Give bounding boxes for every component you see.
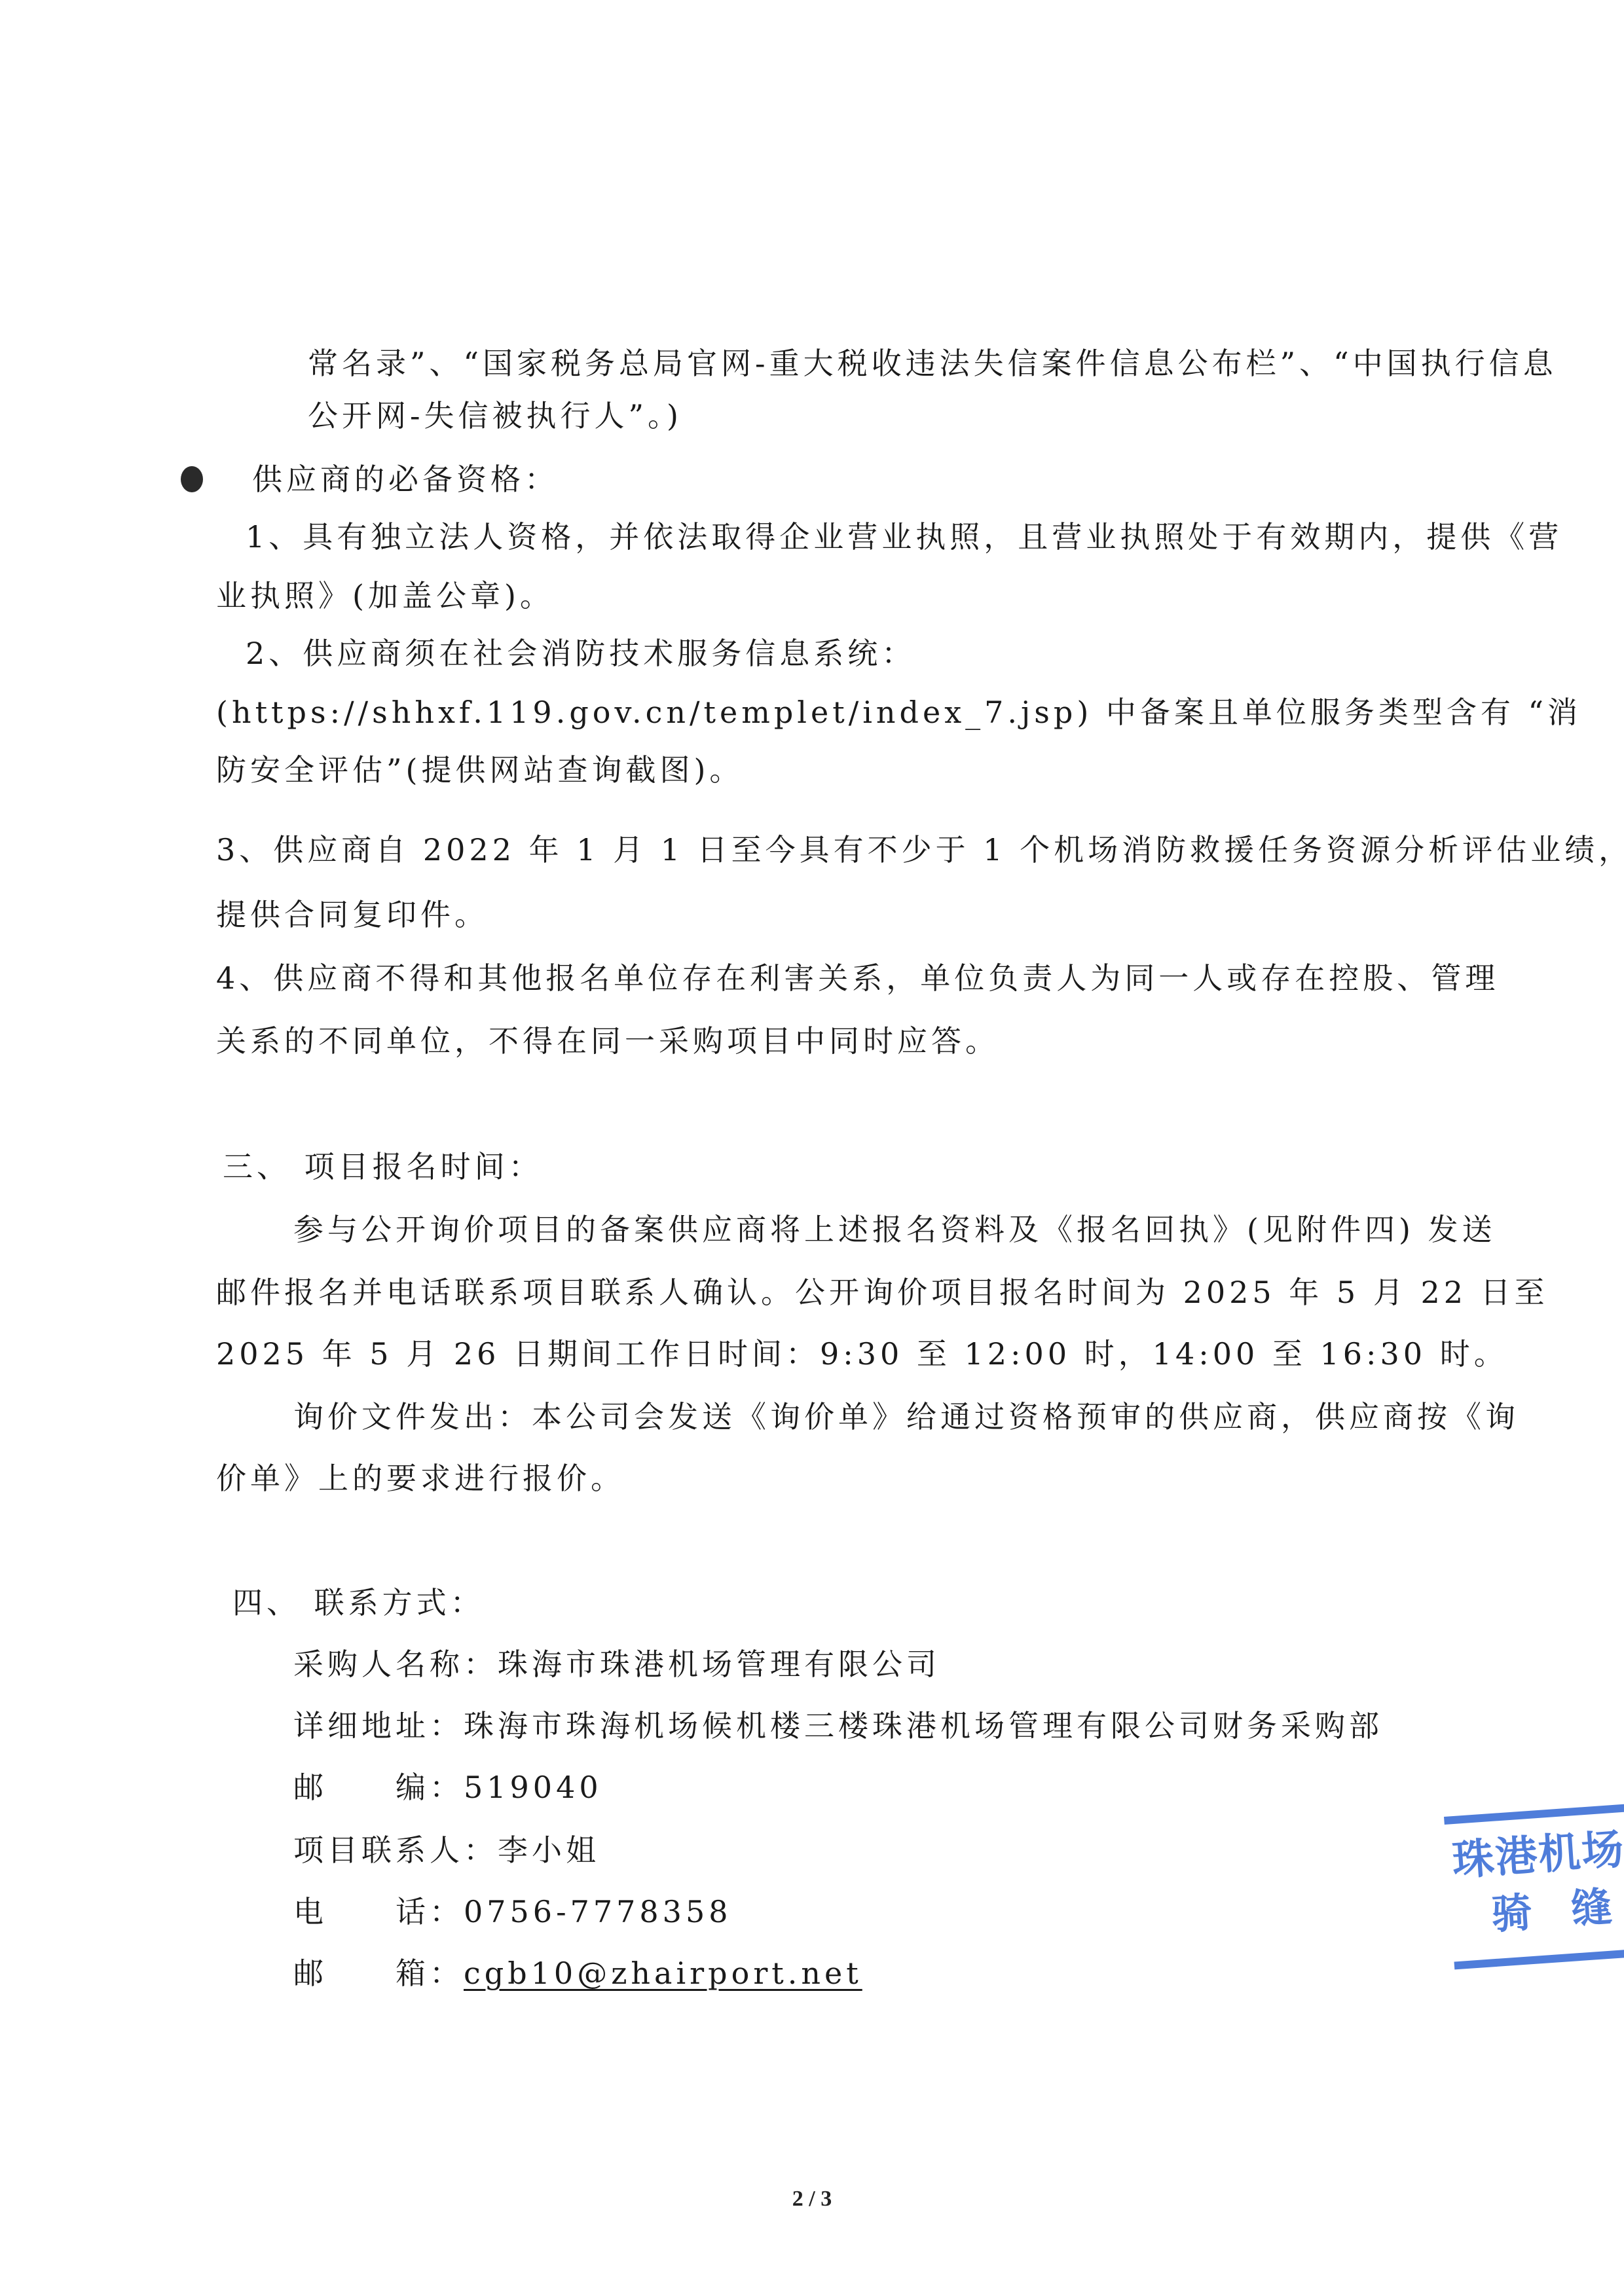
phone-row: 电 话：0756-7778358 xyxy=(293,1892,731,1931)
purchaser-label: 采购人名称： xyxy=(293,1647,498,1682)
section3-heading: 三、 项目报名时间： xyxy=(223,1147,543,1186)
qualifications-heading: 供应商的必备资格： xyxy=(252,460,559,499)
qualification-item-1-line1: 1、具有独立法人资格，并依法取得企业营业执照，且营业执照处于有效期内，提供《营 xyxy=(246,517,1562,556)
seam-stamp: 珠港机场管 骑缝 xyxy=(1444,1802,1624,1969)
section4-heading: 四、 联系方式： xyxy=(232,1583,485,1622)
postcode-row: 邮 编：519040 xyxy=(293,1768,602,1807)
section3-para1-line2: 邮件报名并电话联系项目联系人确认。公开询价项目报名时间为 2025 年 5 月 … xyxy=(216,1273,1549,1312)
stamp-top-text: 珠港机场管 xyxy=(1450,1823,1624,1884)
phone-label: 电 话： xyxy=(293,1894,464,1929)
section3-para1-line3: 2025 年 5 月 26 日期间工作日时间：9:30 至 12:00 时，14… xyxy=(216,1334,1508,1374)
email-link[interactable]: cgb10@zhairport.net xyxy=(464,1956,862,1991)
bullet-icon xyxy=(181,466,203,492)
purchaser-value: 珠海市珠港机场管理有限公司 xyxy=(498,1647,940,1682)
address-row: 详细地址：珠海市珠海机场候机楼三楼珠港机场管理有限公司财务采购部 xyxy=(293,1706,1383,1745)
blacklist-continuation-line2: 公开网-失信被执行人”。) xyxy=(308,396,682,435)
qualification-item-3-line2: 提供合同复印件。 xyxy=(216,895,489,934)
address-label: 详细地址： xyxy=(293,1708,464,1743)
qualification-item-2-line2: (https://shhxf.119.gov.cn/templet/index_… xyxy=(216,693,1581,732)
section3-para1-line1: 参与公开询价项目的备案供应商将上述报名资料及《报名回执》(见附件四) 发送 xyxy=(293,1210,1496,1249)
section3-para2-line2: 价单》上的要求进行报价。 xyxy=(216,1459,625,1498)
phone-value: 0756-7778358 xyxy=(464,1894,731,1929)
qualification-item-2-line1: 2、供应商须在社会消防技术服务信息系统： xyxy=(246,634,915,673)
email-row: 邮 箱：cgb10@zhairport.net xyxy=(293,1954,862,1993)
contact-value: 李小姐 xyxy=(498,1832,600,1868)
contact-label: 项目联系人： xyxy=(293,1832,498,1868)
qualification-item-4-line2: 关系的不同单位，不得在同一采购项目中同时应答。 xyxy=(216,1021,999,1061)
contact-row: 项目联系人：李小姐 xyxy=(293,1831,600,1870)
stamp-bottom-text: 骑缝 xyxy=(1490,1881,1624,1938)
email-label: 邮 箱： xyxy=(293,1956,464,1991)
section3-para2-line1: 询价文件发出：本公司会发送《询价单》给通过资格预审的供应商，供应商按《询 xyxy=(293,1397,1519,1436)
page-number: 2 / 3 xyxy=(0,2187,1624,2212)
qualification-item-2-line3: 防安全评估”(提供网站查询截图)。 xyxy=(216,750,743,790)
blacklist-continuation-line1: 常名录”、“国家税务总局官网-重大税收违法失信案件信息公布栏”、“中国执行信息 xyxy=(308,344,1557,383)
purchaser-row: 采购人名称：珠海市珠港机场管理有限公司 xyxy=(293,1645,940,1684)
qualification-item-3-line1: 3、供应商自 2022 年 1 月 1 日至今具有不少于 1 个机场消防救援任务… xyxy=(216,830,1624,869)
qualification-item-4-line1: 4、供应商不得和其他报名单位存在利害关系，单位负责人为同一人或存在控股、管理 xyxy=(216,958,1499,998)
postcode-value: 519040 xyxy=(464,1770,602,1805)
address-value: 珠海市珠海机场候机楼三楼珠港机场管理有限公司财务采购部 xyxy=(464,1708,1383,1743)
qualification-item-1-line2: 业执照》(加盖公章)。 xyxy=(216,576,554,615)
postcode-label: 邮 编： xyxy=(293,1770,464,1805)
